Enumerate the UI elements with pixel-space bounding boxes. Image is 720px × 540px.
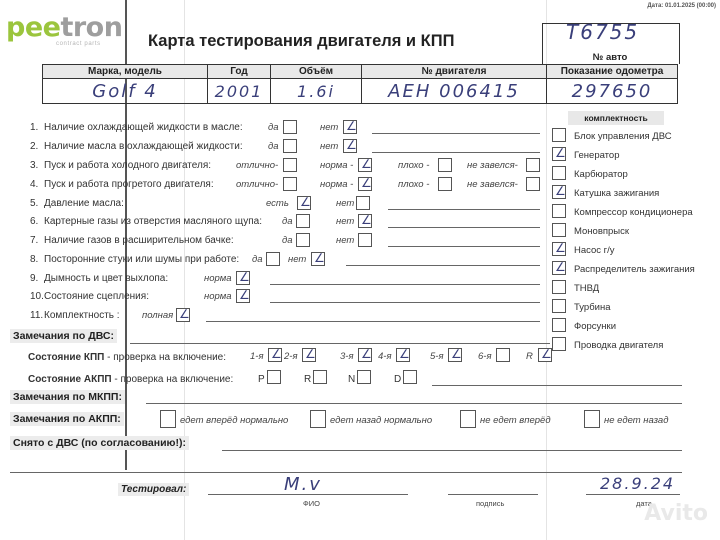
option-label: плохо - [398,179,429,190]
check-mark-icon: ∠ [271,347,282,361]
kit-item-label: Компрессор кондиционера [574,207,693,218]
auto-number-value: T6755 [566,20,639,44]
date-line[interactable] [586,494,680,495]
item-label: Посторонние стуки или шумы при работе: [44,254,239,265]
kit-item-label: Распределитель зажигания [574,264,695,275]
check-mark-icon: ∠ [361,176,372,190]
kit-checkbox[interactable] [552,128,566,142]
akpp-remark-label: не едет вперёд [480,415,551,426]
option-checkbox[interactable] [526,158,540,172]
kit-item-label: Моновпрыск [574,226,629,237]
checklist-item-3: 3.Пуск и работа холодного двигателя: [30,160,211,171]
item-number: 1. [30,122,44,133]
notes-line[interactable] [388,209,540,210]
item-number: 5. [30,198,44,209]
option-label: нет [336,235,354,246]
check-mark-icon: ∠ [346,138,357,152]
mkpp-remarks-label: Замечания по МКПП: [10,390,125,404]
check-mark-icon: ∠ [305,347,316,361]
kit-checkbox[interactable] [552,337,566,351]
item-number: 8. [30,254,44,265]
check-mark-icon: ∠ [555,260,566,274]
kit-checkbox[interactable] [552,166,566,180]
option-checkbox[interactable]: ∠ [343,120,357,134]
col-header-year: Год [208,65,271,79]
akpp-check-line[interactable] [432,385,682,386]
option-label: не завелся- [467,160,518,171]
notes-line[interactable] [372,133,540,134]
tested-by-label: Тестировал: [118,483,189,496]
option-checkbox[interactable] [283,139,297,153]
page-title: Карта тестирования двигателя и КПП [148,32,454,51]
kit-title: комплектность [568,111,664,125]
option-label: да [282,216,293,227]
vehicle-info-table: Марка, модель Год Объём № двигателя Пока… [42,64,678,104]
akpp-check-label: Состояние АКПП - проверка на включение: [28,374,233,385]
peetron-logo: peetron [6,14,122,41]
gear-checkbox[interactable]: ∠ [358,348,372,362]
option-checkbox[interactable]: ∠ [236,289,250,303]
akpp-remark-checkbox[interactable] [460,410,476,428]
checklist-item-5: 5.Давление масла: [30,198,124,209]
notes-line[interactable] [346,265,540,266]
model-value: Golf 4 [43,79,208,104]
notes-line[interactable] [206,321,540,322]
akpp-remark-checkbox[interactable] [310,410,326,428]
kit-item-label: Турбина [574,302,610,313]
option-checkbox[interactable]: ∠ [343,139,357,153]
checklist-item-2: 2.Наличие масла в охлаждающей жидкости: [30,141,243,152]
gear-checkbox[interactable]: ∠ [302,348,316,362]
item-number: 2. [30,141,44,152]
checklist-item-11: 11.Комплектность : [30,310,120,321]
option-checkbox[interactable] [283,158,297,172]
check-mark-icon: ∠ [555,146,566,160]
kit-item-label: Карбюратор [574,169,628,180]
item-label: Наличие охлаждающей жидкости в масле: [44,122,243,133]
item-label: Комплектность : [44,310,120,321]
akpp-position-label: R [304,374,311,385]
kit-checkbox[interactable] [552,318,566,332]
kit-item-label: Катушка зажигания [574,188,659,199]
akpp-position-label: P [258,374,265,385]
option-label: не завелся- [467,179,518,190]
akpp-position-checkbox[interactable] [357,370,371,384]
akpp-position-label: D [394,374,401,385]
gear-label: 3-я [340,351,354,362]
gear-checkbox[interactable]: ∠ [268,348,282,362]
item-label: Картерные газы из отверстия масляного щу… [44,216,262,227]
item-number: 3. [30,160,44,171]
item-label: Состояние сцепления: [44,291,149,302]
kit-item-label: Проводка двигателя [574,340,663,351]
option-checkbox[interactable] [438,177,452,191]
kit-item-label: Насос г/у [574,245,615,256]
option-checkbox[interactable]: ∠ [236,271,250,285]
option-checkbox[interactable]: ∠ [358,158,372,172]
dvs-remarks-line[interactable] [130,343,550,344]
check-mark-icon: ∠ [541,347,552,361]
option-checkbox[interactable]: ∠ [297,196,311,210]
option-label: норма - [320,179,353,190]
option-label: да [282,235,293,246]
option-label: есть [266,198,289,209]
engine-number-value: AEH 006415 [362,79,547,104]
year-value: 2001 [208,79,271,104]
option-label: нет [320,122,338,133]
col-header-volume: Объём [271,65,362,79]
akpp-position-checkbox[interactable] [313,370,327,384]
gear-label: 5-я [430,351,444,362]
notes-line[interactable] [388,227,540,228]
option-label: нет [336,198,354,209]
option-checkbox[interactable] [283,120,297,134]
kit-checkbox[interactable]: ∠ [552,147,566,161]
notes-line[interactable] [270,302,540,303]
fio-value: М.v [284,474,322,495]
kpp-check-label: Состояние КПП - проверка на включение: [28,352,226,363]
kit-checkbox[interactable]: ∠ [552,261,566,275]
check-mark-icon: ∠ [346,119,357,133]
gear-label: 2-я [284,351,298,362]
check-mark-icon: ∠ [555,184,566,198]
notes-line[interactable] [372,152,540,153]
check-mark-icon: ∠ [399,347,410,361]
date-value: 28.9.24 [600,474,675,493]
akpp-remark-label: едет вперёд нормально [180,415,288,426]
gear-checkbox[interactable]: ∠ [538,348,552,362]
check-mark-icon: ∠ [361,213,372,227]
option-checkbox[interactable] [358,233,372,247]
removed-line[interactable] [222,450,682,451]
date-stamp: Дата: 01.01.2025 (00:00) [647,3,716,9]
notes-line[interactable] [270,284,540,285]
option-checkbox[interactable] [266,252,280,266]
akpp-remarks-label: Замечания по АКПП: [10,412,124,426]
auto-number-label: № авто [542,52,678,63]
logo-tagline: contract parts [56,41,101,47]
checklist-item-7: 7.Наличие газов в расширительном бачке: [30,235,234,246]
check-mark-icon: ∠ [555,241,566,255]
option-label: норма - [320,160,353,171]
option-label: полная [142,310,173,321]
option-label: да [252,254,263,265]
akpp-position-label: N [348,374,355,385]
akpp-remark-label: не едет назад [604,415,668,426]
volume-value: 1.6i [271,79,362,104]
option-checkbox[interactable] [438,158,452,172]
col-header-model: Марка, модель [43,65,208,79]
kit-item-label: Форсунки [574,321,616,332]
kit-checkbox[interactable] [552,280,566,294]
check-mark-icon: ∠ [239,270,250,284]
item-number: 10. [30,291,44,302]
check-mark-icon: ∠ [314,251,325,265]
check-mark-icon: ∠ [361,157,372,171]
option-label: норма [204,273,231,284]
odometer-value: 297650 [547,79,678,104]
checklist-item-4: 4.Пуск и работа прогретого двигателя: [30,179,214,190]
notes-line[interactable] [388,246,540,247]
option-checkbox[interactable] [296,214,310,228]
fio-caption: ФИО [303,499,320,508]
option-checkbox[interactable] [526,177,540,191]
option-label: нет [336,216,354,227]
check-mark-icon: ∠ [361,347,372,361]
check-mark-icon: ∠ [179,307,190,321]
item-number: 11. [30,310,44,321]
kit-checkbox[interactable] [552,223,566,237]
checklist-item-6: 6.Картерные газы из отверстия масляного … [30,216,262,227]
mkpp-remarks-line[interactable] [146,403,682,404]
kit-item-label: Генератор [574,150,620,161]
gear-label: 4-я [378,351,392,362]
gear-label: 1-я [250,351,264,362]
option-label: нет [320,141,338,152]
option-checkbox[interactable] [356,196,370,210]
checklist-item-1: 1.Наличие охлаждающей жидкости в масле: [30,122,243,133]
akpp-position-checkbox[interactable] [267,370,281,384]
checklist-item-9: 9.Дымность и цвет выхлопа: [30,273,168,284]
akpp-remark-checkbox[interactable] [160,410,176,428]
option-checkbox[interactable] [283,177,297,191]
signature-line[interactable] [448,494,538,495]
item-label: Наличие газов в расширительном бачке: [44,235,234,246]
option-checkbox[interactable] [296,233,310,247]
col-header-odometer: Показание одометра [547,65,678,79]
akpp-position-checkbox[interactable] [403,370,417,384]
item-number: 6. [30,216,44,227]
removed-from-engine-label: Снято с ДВС (по согласованию!): [10,436,189,450]
akpp-remark-checkbox[interactable] [584,410,600,428]
option-label: да [268,122,279,133]
kit-checkbox[interactable]: ∠ [552,185,566,199]
col-header-engine-no: № двигателя [362,65,547,79]
item-label: Пуск и работа прогретого двигателя: [44,179,214,190]
check-mark-icon: ∠ [451,347,462,361]
checklist-item-8: 8.Посторонние стуки или шумы при работе: [30,254,239,265]
option-checkbox[interactable]: ∠ [176,308,190,322]
avito-watermark: Avito [644,501,708,526]
gear-label: 6-я [478,351,492,362]
kit-checkbox[interactable]: ∠ [552,242,566,256]
item-label: Наличие масла в охлаждающей жидкости: [44,141,243,152]
option-label: отлично- [236,179,278,190]
akpp-remark-label: едет назад нормально [330,415,432,426]
item-number: 9. [30,273,44,284]
gear-checkbox[interactable]: ∠ [396,348,410,362]
checklist-item-10: 10.Состояние сцепления: [30,291,149,302]
option-label: норма [204,291,231,302]
option-checkbox[interactable]: ∠ [311,252,325,266]
kit-checkbox[interactable] [552,299,566,313]
item-label: Давление масла: [44,198,124,209]
item-number: 4. [30,179,44,190]
item-number: 7. [30,235,44,246]
option-checkbox[interactable]: ∠ [358,177,372,191]
signature-caption: подпись [476,499,504,508]
extra-line [10,472,682,473]
kit-checkbox[interactable] [552,204,566,218]
check-mark-icon: ∠ [300,195,311,209]
option-checkbox[interactable]: ∠ [358,214,372,228]
gear-label: R [526,351,533,362]
option-label: плохо - [398,160,429,171]
item-label: Дымность и цвет выхлопа: [44,273,168,284]
kit-item-label: ТНВД [574,283,599,294]
option-label: да [268,141,279,152]
dvs-remarks-label: Замечания по ДВС: [10,329,117,343]
kit-item-label: Блок управления ДВС [574,131,672,142]
gear-checkbox[interactable] [496,348,510,362]
gear-checkbox[interactable]: ∠ [448,348,462,362]
option-label: отлично- [236,160,278,171]
option-label: нет [288,254,306,265]
check-mark-icon: ∠ [239,288,250,302]
item-label: Пуск и работа холодного двигателя: [44,160,211,171]
